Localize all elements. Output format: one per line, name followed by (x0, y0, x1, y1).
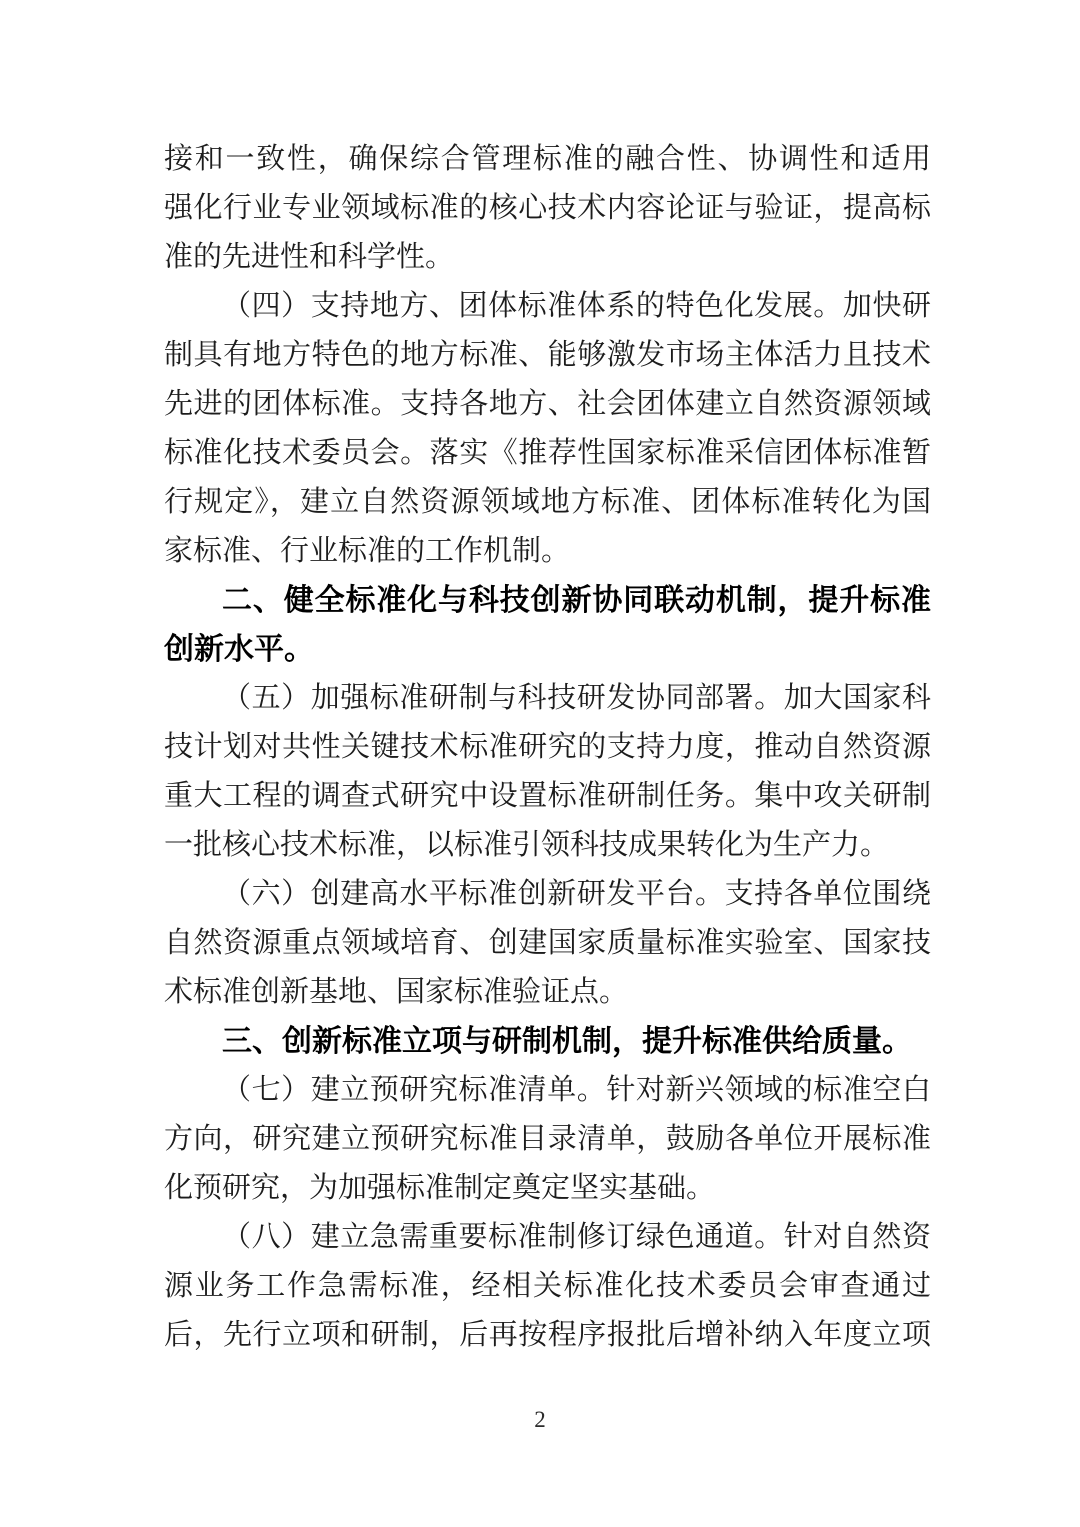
text-line: 方向，研究建立预研究标准目录清单，鼓励各单位开展标准 (164, 1115, 931, 1164)
heading-line: 二、健全标准化与科技创新协同联动机制，提升标准化 (164, 576, 931, 625)
text-line: （八）建立急需重要标准制修订绿色通道。针对自然资 (164, 1213, 931, 1262)
text-line: 后，先行立项和研制，后再按程序报批后增补纳入年度立项 (164, 1311, 931, 1360)
text-line: 化预研究，为加强标准制定奠定坚实基础。 (164, 1164, 931, 1213)
text-line: （六）创建高水平标准创新研发平台。支持各单位围绕 (164, 870, 931, 919)
heading-line: 三、创新标准立项与研制机制，提升标准供给质量。 (164, 1017, 931, 1066)
text-line: 先进的团体标准。支持各地方、社会团体建立自然资源领域 (164, 380, 931, 429)
text-line: 强化行业专业领域标准的核心技术内容论证与验证，提高标 (164, 184, 931, 233)
page-footer: 2 (0, 1402, 1080, 1438)
heading-line: 创新水平。 (164, 625, 931, 674)
page-number: 2 (534, 1407, 546, 1432)
text-line: 标准化技术委员会。落实《推荐性国家标准采信团体标准暂 (164, 429, 931, 478)
document-page: 接和一致性，确保综合管理标准的融合性、协调性和适用性。 强化行业专业领域标准的核… (0, 0, 1080, 1527)
document-body: 接和一致性，确保综合管理标准的融合性、协调性和适用性。 强化行业专业领域标准的核… (164, 135, 931, 1360)
text-line: 自然资源重点领域培育、创建国家质量标准实验室、国家技 (164, 919, 931, 968)
text-line: 技计划对共性关键技术标准研究的支持力度，推动自然资源 (164, 723, 931, 772)
text-line: 制具有地方特色的地方标准、能够激发市场主体活力且技术 (164, 331, 931, 380)
text-line: 准的先进性和科学性。 (164, 233, 931, 282)
text-line: （五）加强标准研制与科技研发协同部署。加大国家科 (164, 674, 931, 723)
text-line: 重大工程的调查式研究中设置标准研制任务。集中攻关研制 (164, 772, 931, 821)
text-line: 术标准创新基地、国家标准验证点。 (164, 968, 931, 1017)
text-line: （七）建立预研究标准清单。针对新兴领域的标准空白 (164, 1066, 931, 1115)
text-line: 接和一致性，确保综合管理标准的融合性、协调性和适用性。 (164, 135, 931, 184)
text-line: 一批核心技术标准，以标准引领科技成果转化为生产力。 (164, 821, 931, 870)
text-line: （四）支持地方、团体标准体系的特色化发展。加快研 (164, 282, 931, 331)
text-line: 行规定》，建立自然资源领域地方标准、团体标准转化为国 (164, 478, 931, 527)
text-line: 家标准、行业标准的工作机制。 (164, 527, 931, 576)
text-line: 源业务工作急需标准，经相关标准化技术委员会审查通过 (164, 1262, 931, 1311)
